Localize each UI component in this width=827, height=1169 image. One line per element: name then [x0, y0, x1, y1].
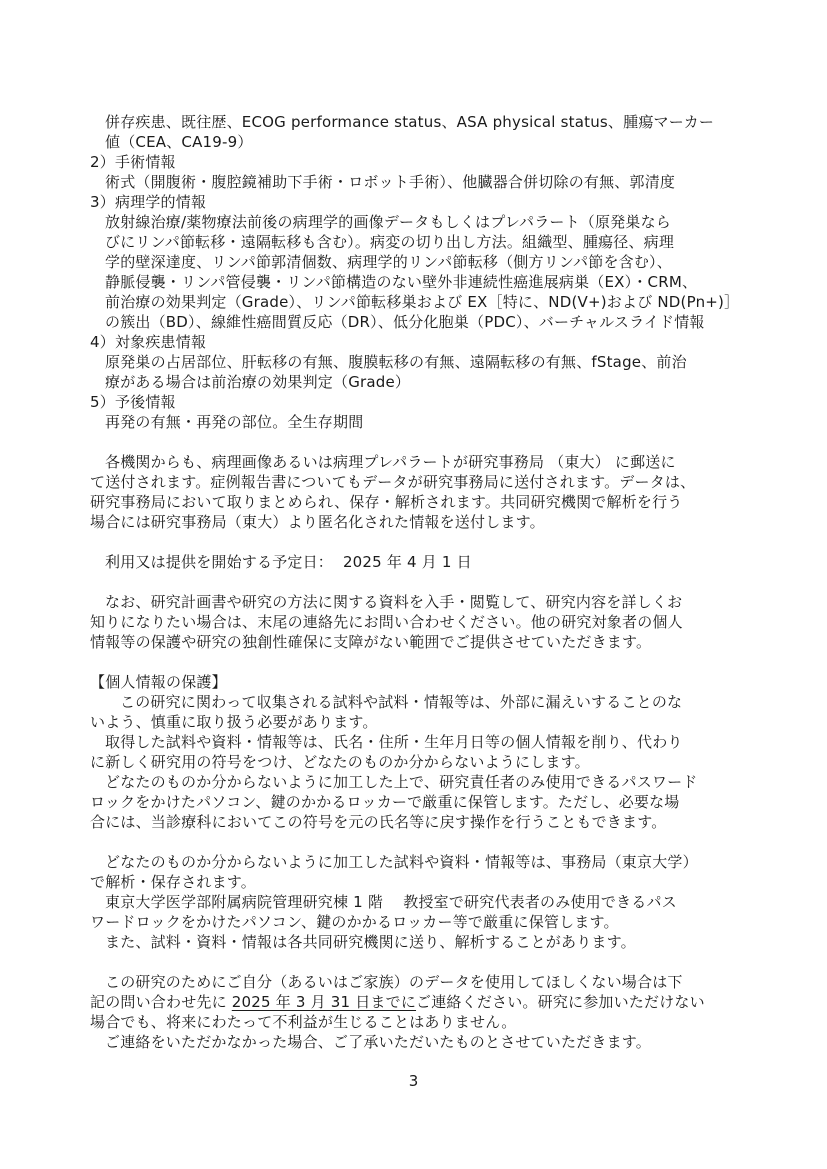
start-date-line: 利用又は提供を開始する予定日： 2025 年 4 月 1 日 — [90, 552, 740, 572]
doc-line: に新しく研究用の符号をつけ、どなたのものか分からないようにします。 — [90, 752, 740, 772]
blank-line — [90, 652, 740, 672]
doc-line: 合には、当診療科においてこの符号を元の氏名等に戻す操作を行うこともできます。 — [90, 812, 740, 832]
blank-line — [90, 532, 740, 552]
blank-line — [90, 572, 740, 592]
doc-line: いよう、慎重に取り扱う必要があります。 — [90, 712, 740, 732]
doc-line: ご連絡をいただかなかった場合、ご了承いただいたものとさせていただきます。 — [90, 1032, 740, 1052]
doc-line: 情報等の保護や研究の独創性確保に支障がない範囲でご提供させていただきます。 — [90, 632, 740, 652]
doc-line: 場合には研究事務局（東大）より匿名化された情報を送付します。 — [90, 512, 740, 532]
doc-line: 値（CEA、CA19-9） — [90, 132, 740, 152]
doc-line: ロックをかけたパソコン、鍵のかかるロッカーで厳重に保管します。ただし、必要な場 — [90, 792, 740, 812]
deadline-pre-text: 記の問い合わせ先に — [90, 993, 232, 1011]
document-text-block: 併存疾患、既往歴、ECOG performance status、ASA phy… — [90, 112, 740, 1052]
doc-line: 術式（開腹術・腹腔鏡補助下手術・ロボット手術）、他臓器合併切除の有無、郭清度 — [90, 172, 740, 192]
blank-line — [90, 832, 740, 852]
doc-line: 東京大学医学部附属病院管理研究棟 1 階 教授室で研究代表者のみ使用できるパス — [90, 892, 740, 912]
doc-line: で解析・保存されます。 — [90, 872, 740, 892]
doc-line: 場合でも、将来にわたって不利益が生じることはありません。 — [90, 1012, 740, 1032]
doc-line: 放射線治療/薬物療法前後の病理学的画像データもしくはプレパラート（原発巣なら — [90, 212, 740, 232]
list-item-2-surgery-info: 2）手術情報 — [90, 152, 740, 172]
document-page: 併存疾患、既往歴、ECOG performance status、ASA phy… — [0, 0, 827, 1169]
doc-line: 取得した試料や資料・情報等は、氏名・住所・生年月日等の個人情報を削り、代わり — [90, 732, 740, 752]
doc-line: この研究のためにご自分（あるいはご家族）のデータを使用してほしくない場合は下 — [90, 972, 740, 992]
section-heading-personal-info-protection: 【個人情報の保護】 — [90, 672, 740, 692]
list-item-5-prognosis-info: 5）予後情報 — [90, 392, 740, 412]
deadline-date-underlined: 2025 年 3 月 31 日までに — [232, 993, 416, 1011]
doc-line: どなたのものか分からないように加工した上で、研究責任者のみ使用できるパスワード — [90, 772, 740, 792]
deadline-line: 記の問い合わせ先に 2025 年 3 月 31 日までにご連絡ください。研究に参… — [90, 992, 740, 1012]
doc-line: 学的壁深達度、リンパ節郭清個数、病理学的リンパ節転移（側方リンパ節を含む）、 — [90, 252, 740, 272]
doc-line: 各機関からも、病理画像あるいは病理プレパラートが研究事務局 （東大） に郵送に — [90, 452, 740, 472]
blank-line — [90, 952, 740, 972]
doc-line: 研究事務局において取りまとめられ、保存・解析されます。共同研究機関で解析を行う — [90, 492, 740, 512]
doc-line: 再発の有無・再発の部位。全生存期間 — [90, 412, 740, 432]
deadline-post-text: ご連絡ください。研究に参加いただけない — [416, 993, 705, 1011]
doc-line: なお、研究計画書や研究の方法に関する資料を入手・閲覧して、研究内容を詳しくお — [90, 592, 740, 612]
doc-line: 静脈侵襲・リンパ管侵襲・リンパ節構造のない壁外非連続性癌進展病巣（EX）・CRM… — [90, 272, 740, 292]
doc-line: びにリンパ節転移・遠隔転移も含む）。病変の切り出し方法。組織型、腫瘍径、病理 — [90, 232, 740, 252]
doc-line: どなたのものか分からないように加工した試料や資料・情報等は、事務局（東京大学） — [90, 852, 740, 872]
page-number: 3 — [0, 1072, 827, 1090]
doc-line: の簇出（BD）、線維性癌間質反応（DR）、低分化胞巣（PDC）、バーチャルスライ… — [90, 312, 740, 332]
doc-line: この研究に関わって収集される試料や試料・情報等は、外部に漏えいすることのな — [90, 692, 740, 712]
doc-line: て送付されます。症例報告書についてもデータが研究事務局に送付されます。データは、 — [90, 472, 740, 492]
list-item-3-pathology-info: 3）病理学的情報 — [90, 192, 740, 212]
blank-line — [90, 432, 740, 452]
list-item-4-target-disease-info: 4）対象疾患情報 — [90, 332, 740, 352]
doc-line: 原発巣の占居部位、肝転移の有無、腹膜転移の有無、遠隔転移の有無、fStage、前… — [90, 352, 740, 372]
doc-line: 併存疾患、既往歴、ECOG performance status、ASA phy… — [90, 112, 740, 132]
doc-line: また、試料・資料・情報は各共同研究機関に送り、解析することがあります。 — [90, 932, 740, 952]
doc-line: 前治療の効果判定（Grade）、リンパ節転移巣および EX［特に、ND(V+)お… — [90, 292, 740, 312]
doc-line: 知りになりたい場合は、末尾の連絡先にお問い合わせください。他の研究対象者の個人 — [90, 612, 740, 632]
doc-line: 療がある場合は前治療の効果判定（Grade） — [90, 372, 740, 392]
doc-line: ワードロックをかけたパソコン、鍵のかかるロッカー等で厳重に保管します。 — [90, 912, 740, 932]
